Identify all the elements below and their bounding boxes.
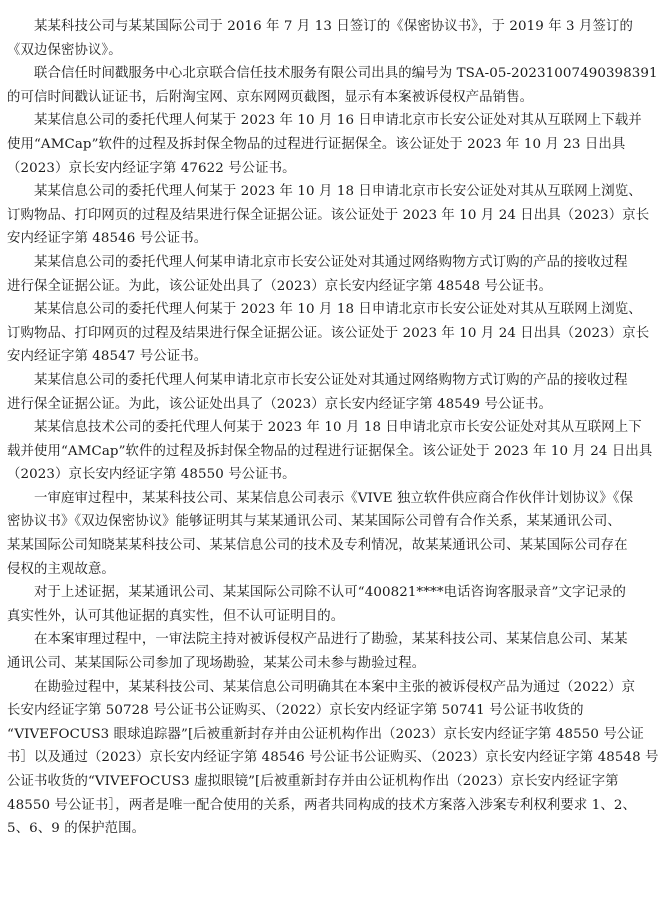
text-line: 安内经证字第 48546 号公证书。 bbox=[7, 227, 655, 251]
text-line: 某某信息公司的委托代理人何某申请北京市长安公证处对其通过网络购物方式订购的产品的… bbox=[7, 251, 655, 275]
text-line: 某某信息技术公司的委托代理人何某于 2023 年 10 月 18 日申请北京市长… bbox=[7, 416, 655, 440]
text-line: 进行保全证据公证。为此，该公证处出具了（2023）京长安内经证字第 48549 … bbox=[7, 393, 655, 417]
text-line: 联合信任时间戳服务中心北京联合信任技术服务有限公司出具的编号为 TSA-05-2… bbox=[7, 62, 655, 86]
paragraph: 某某科技公司与某某国际公司于 2016 年 7 月 13 日签订的《保密协议书》… bbox=[7, 15, 655, 62]
text-line: 对于上述证据，某某通讯公司、某某国际公司除不认可“400821****电话咨询客… bbox=[7, 581, 655, 605]
paragraph: 某某信息公司的委托代理人何某于 2023 年 10 月 18 日申请北京市长安公… bbox=[7, 298, 655, 369]
text-line: 某某国际公司知晓某某科技公司、某某信息公司的技术及专利情况，故某某通讯公司、某某… bbox=[7, 534, 655, 558]
text-line: 在本案审理过程中，一审法院主持对被诉侵权产品进行了勘验，某某科技公司、某某信息公… bbox=[7, 628, 655, 652]
paragraph: 某某信息公司的委托代理人何某于 2023 年 10 月 18 日申请北京市长安公… bbox=[7, 180, 655, 251]
text-line: 某某信息公司的委托代理人何某于 2023 年 10 月 18 日申请北京市长安公… bbox=[7, 180, 655, 204]
text-line: 真实性外，认可其他证据的真实性，但不认可证明目的。 bbox=[7, 605, 655, 629]
text-line: 书］以及通过（2023）京长安内经证字第 48546 号公证书公证购买、（202… bbox=[7, 746, 655, 770]
text-line: 某某信息公司的委托代理人何某于 2023 年 10 月 18 日申请北京市长安公… bbox=[7, 298, 655, 322]
text-line: 长安内经证字第 50728 号公证书公证购买、（2022）京长安内经证字第 50… bbox=[7, 699, 655, 723]
text-line: 载并使用“AMCap”软件的过程及拆封保全物品的过程进行证据保全。该公证处于 2… bbox=[7, 440, 655, 464]
text-line: 某某科技公司与某某国际公司于 2016 年 7 月 13 日签订的《保密协议书》… bbox=[7, 15, 655, 39]
text-line: 5、6、9 的保护范围。 bbox=[7, 817, 655, 841]
text-line: 公证书收货的“VIVEFOCUS3 虚拟眼镜”[后被重新封存并由公证机构作出（2… bbox=[7, 770, 655, 794]
text-line: “VIVEFOCUS3 眼球追踪器”[后被重新封存并由公证机构作出（2023）京… bbox=[7, 723, 655, 747]
text-line: （2023）京长安内经证字第 48550 号公证书。 bbox=[7, 463, 655, 487]
paragraph: 联合信任时间戳服务中心北京联合信任技术服务有限公司出具的编号为 TSA-05-2… bbox=[7, 62, 655, 109]
text-line: 进行保全证据公证。为此，该公证处出具了（2023）京长安内经证字第 48548 … bbox=[7, 275, 655, 299]
text-line: 通讯公司、某某国际公司参加了现场勘验，某某公司未参与勘验过程。 bbox=[7, 652, 655, 676]
paragraph: 某某信息公司的委托代理人何某申请北京市长安公证处对其通过网络购物方式订购的产品的… bbox=[7, 369, 655, 416]
text-line: 密协议书》《双边保密协议》能够证明其与某某通讯公司、某某国际公司曾有合作关系，某… bbox=[7, 510, 655, 534]
text-line: 在勘验过程中，某某科技公司、某某信息公司明确其在本案中主张的被诉侵权产品为通过（… bbox=[7, 676, 655, 700]
paragraph: 对于上述证据，某某通讯公司、某某国际公司除不认可“400821****电话咨询客… bbox=[7, 581, 655, 628]
text-line: 安内经证字第 48547 号公证书。 bbox=[7, 345, 655, 369]
text-line: 使用“AMCap”软件的过程及拆封保全物品的过程进行证据保全。该公证处于 202… bbox=[7, 133, 655, 157]
text-line: 侵权的主观故意。 bbox=[7, 558, 655, 582]
text-line: 一审庭审过程中，某某科技公司、某某信息公司表示《VIVE 独立软件供应商合作伙伴… bbox=[7, 487, 655, 511]
document-body: 某某科技公司与某某国际公司于 2016 年 7 月 13 日签订的《保密协议书》… bbox=[7, 15, 655, 841]
text-line: 某某信息公司的委托代理人何某申请北京市长安公证处对其通过网络购物方式订购的产品的… bbox=[7, 369, 655, 393]
paragraph: 某某信息技术公司的委托代理人何某于 2023 年 10 月 18 日申请北京市长… bbox=[7, 416, 655, 487]
text-line: 订购物品、打印网页的过程及结果进行保全证据公证。该公证处于 2023 年 10 … bbox=[7, 322, 655, 346]
text-line: （2023）京长安内经证字第 47622 号公证书。 bbox=[7, 157, 655, 181]
paragraph: 在勘验过程中，某某科技公司、某某信息公司明确其在本案中主张的被诉侵权产品为通过（… bbox=[7, 676, 655, 841]
text-line: 某某信息公司的委托代理人何某于 2023 年 10 月 16 日申请北京市长安公… bbox=[7, 109, 655, 133]
text-line: 订购物品、打印网页的过程及结果进行保全证据公证。该公证处于 2023 年 10 … bbox=[7, 204, 655, 228]
paragraph: 某某信息公司的委托代理人何某申请北京市长安公证处对其通过网络购物方式订购的产品的… bbox=[7, 251, 655, 298]
paragraph: 一审庭审过程中，某某科技公司、某某信息公司表示《VIVE 独立软件供应商合作伙伴… bbox=[7, 487, 655, 581]
text-line: 48550 号公证书］，两者是唯一配合使用的关系，两者共同构成的技术方案落入涉案… bbox=[7, 794, 655, 818]
text-line: 的可信时间戳认证证书，后附淘宝网、京东网网页截图，显示有本案被诉侵权产品销售。 bbox=[7, 86, 655, 110]
paragraph: 在本案审理过程中，一审法院主持对被诉侵权产品进行了勘验，某某科技公司、某某信息公… bbox=[7, 628, 655, 675]
paragraph: 某某信息公司的委托代理人何某于 2023 年 10 月 16 日申请北京市长安公… bbox=[7, 109, 655, 180]
text-line: 《双边保密协议》。 bbox=[7, 39, 655, 63]
